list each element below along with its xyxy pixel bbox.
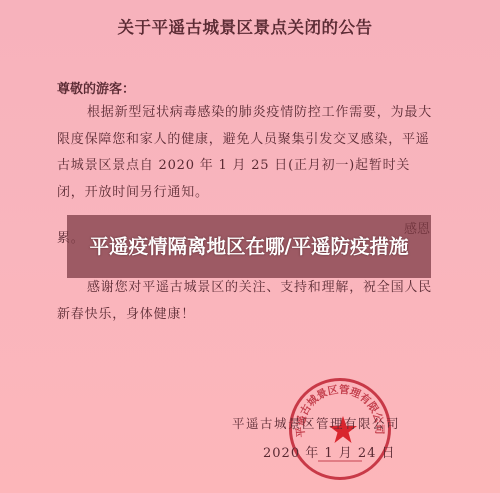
caption-text: 平遥疫情隔离地区在哪/平遥防疫措施 [84,234,414,259]
signature-date: 2020 年 1 月 24 日 [263,442,396,461]
caption-overlay: 平遥疫情隔离地区在哪/平遥防疫措施 [67,215,431,278]
paragraph-closure-notice: 根据新型冠状病毒感染的肺炎疫情防控工作需要，为最大限度保障您和家人的健康，避免人… [57,100,437,206]
paragraph-thanks: 感谢您对平遥古城景区的关注、支持和理解，祝全国人民新春快乐，身体健康！ [57,275,437,328]
salutation: 尊敬的游客： [57,78,135,97]
document-title: 关于平遥古城景区景点关闭的公告 [0,14,490,38]
signature-organization: 平遥古城景区管理有限公司 [232,414,400,432]
